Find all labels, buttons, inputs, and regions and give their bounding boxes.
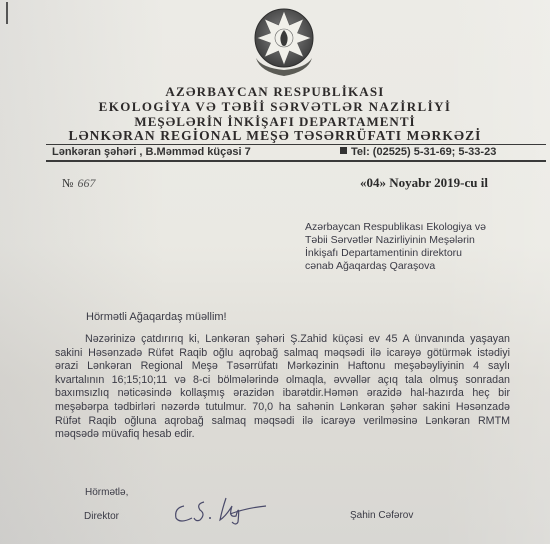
number-label: № xyxy=(62,176,73,190)
phone-text: Tel: (02525) 5-31-69; 5-33-23 xyxy=(351,146,496,158)
edge-mark xyxy=(6,2,8,24)
closing: Hörmətlə, xyxy=(85,487,128,498)
letter-body: Nəzərinizə çatdırırıq ki, Lənkəran şəhər… xyxy=(55,333,510,442)
document-number: №667 xyxy=(62,176,95,191)
header-divider xyxy=(46,144,546,145)
signer-name: Şahin Cəfərov xyxy=(350,510,413,521)
letterhead-country: AZƏRBAYCAN RESPUBLİKASI xyxy=(0,84,550,100)
letterhead-center: LƏNKƏRAN REGİONAL MEŞƏ TƏSƏRRÜFATI MƏRKƏ… xyxy=(0,128,550,144)
signer-title: Direktor xyxy=(84,511,119,522)
recipient-block: Azərbaycan Respublikası Ekologiya və Təb… xyxy=(305,221,486,273)
letterhead-ministry: EKOLOGİYA VƏ TƏBİİ SƏRVƏTLƏR NAZİRLİYİ xyxy=(0,99,550,115)
body-line: sakini Həsənzadə Rüfət Raqib oğlu aqroba… xyxy=(55,347,510,361)
phone-icon xyxy=(340,147,347,154)
recipient-line: cənab Ağaqardaş Qaraşova xyxy=(305,260,486,273)
letterhead-address: Lənkəran şəhəri , B.Məmməd küçəsi 7 xyxy=(52,146,251,158)
body-line: kvartalının 16;15;10;11 və 8-ci bölmələr… xyxy=(55,374,510,388)
greeting: Hörmətli Ağaqardaş müəllim! xyxy=(86,311,227,323)
signature-icon xyxy=(170,492,270,528)
recipient-line: İnkişafı Departamentinin direktoru xyxy=(305,247,486,260)
body-line: meşəbərpa tədbirləri nəzərdə tutulmur. 7… xyxy=(55,401,510,415)
recipient-line: Təbii Sərvətlər Nazirliyinin Meşələrin xyxy=(305,234,486,247)
body-line: Rüfət Raqib oğluna aqrobağ salmaq məqsəd… xyxy=(55,415,510,429)
state-emblem-icon xyxy=(250,6,318,78)
body-line: ərazi Lənkəran Regional Meşə Təsərrüfatı… xyxy=(55,360,510,374)
letterhead-phone: Tel: (02525) 5-31-69; 5-33-23 xyxy=(340,146,496,158)
recipient-line: Azərbaycan Respublikası Ekologiya və xyxy=(305,221,486,234)
document-date: «04» Noyabr 2019-cu il xyxy=(360,175,488,191)
header-divider-bottom xyxy=(46,160,546,162)
number-value: 667 xyxy=(77,176,95,190)
body-line: baxımsızlıq nəticəsində kollaşmış ərazid… xyxy=(55,387,510,401)
body-line: məqsədə müvafiq hesab edir. xyxy=(55,428,510,442)
body-line: Nəzərinizə çatdırırıq ki, Lənkəran şəhər… xyxy=(55,333,510,347)
